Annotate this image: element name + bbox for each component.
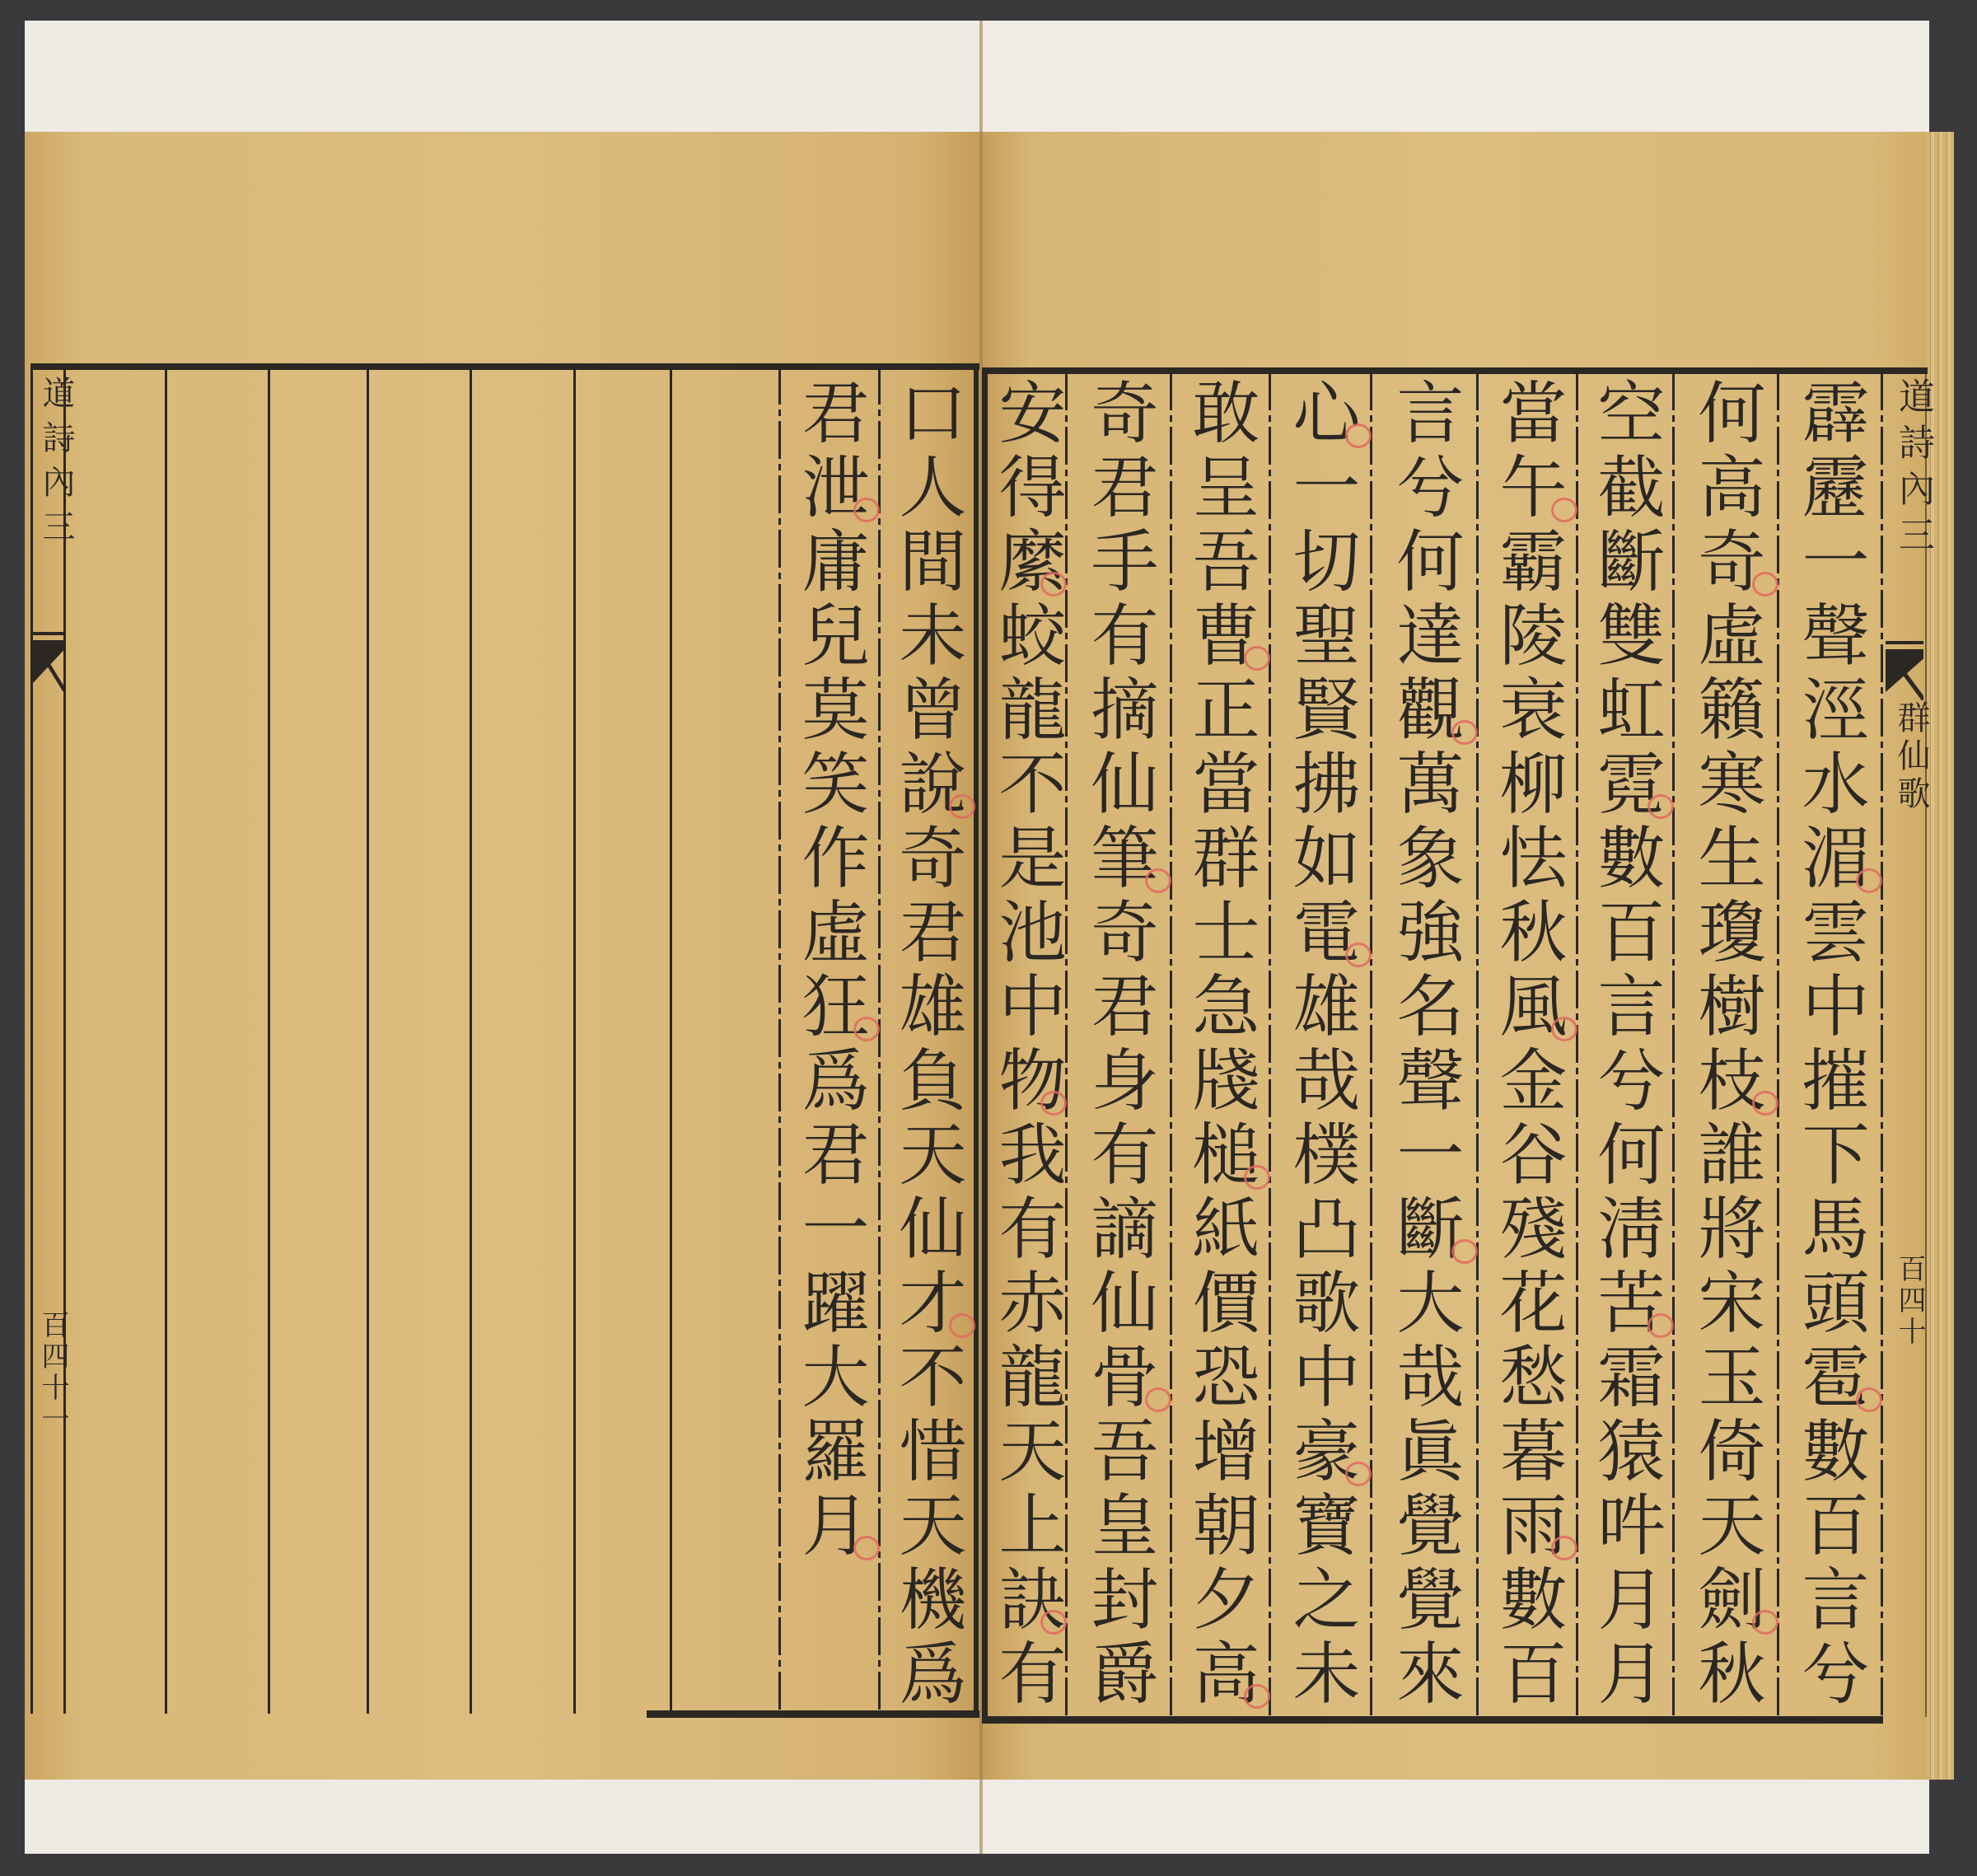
punctuation-circle-mark bbox=[853, 1017, 880, 1041]
punctuation-circle-mark bbox=[949, 1313, 975, 1338]
column-rule bbox=[670, 367, 672, 1714]
punctuation-circle-mark bbox=[1040, 572, 1067, 596]
punctuation-circle-mark bbox=[1551, 498, 1577, 522]
punctuation-circle-mark bbox=[1451, 1239, 1478, 1264]
right-margin-folio: 百四十 bbox=[1890, 1254, 1930, 1348]
left-margin-book-title: 道詩內三 bbox=[33, 376, 80, 554]
text-column: 霹靂一聲涇水湄雲中摧下馬頭雹數百言兮 bbox=[1779, 377, 1881, 1729]
punctuation-circle-mark bbox=[1752, 1091, 1778, 1116]
right-margin-outer-line bbox=[1925, 372, 1927, 1717]
punctuation-circle-mark bbox=[1244, 1684, 1270, 1709]
punctuation-circle-mark bbox=[853, 1536, 880, 1560]
left-page-inner-border bbox=[974, 367, 979, 1718]
punctuation-circle-mark bbox=[1145, 868, 1171, 893]
text-column: 口人間未曾說奇君雄負天仙才不惜天機爲 bbox=[881, 377, 974, 1729]
punctuation-circle-mark bbox=[1551, 1536, 1577, 1560]
punctuation-circle-mark bbox=[1752, 1610, 1778, 1635]
punctuation-circle-mark bbox=[1345, 1462, 1372, 1486]
punctuation-circle-mark bbox=[1040, 1610, 1067, 1635]
left-margin-folio: 百四十一 bbox=[33, 1310, 73, 1435]
punctuation-circle-mark bbox=[1040, 1091, 1067, 1116]
column-rule bbox=[268, 367, 270, 1714]
column-rule bbox=[573, 367, 576, 1714]
text-column: 空截斷雙虹霓數百言兮何淸苦霜猿吽月月 bbox=[1578, 377, 1672, 1729]
right-page-inner-border bbox=[982, 367, 988, 1724]
punctuation-circle-mark bbox=[1345, 423, 1372, 448]
punctuation-circle-mark bbox=[1856, 868, 1882, 893]
right-margin-book-title: 道詩內三 bbox=[1886, 377, 1939, 562]
column-rule bbox=[165, 367, 167, 1714]
punctuation-circle-mark bbox=[1244, 646, 1270, 671]
punctuation-circle-mark bbox=[1856, 1387, 1882, 1412]
text-column: 奇君手有摘仙筆奇君身有謫仙骨吾皇封爵 bbox=[1068, 377, 1170, 1729]
text-column: 君泄庸兒莫笑作虛狂爲君一躍大羅月 bbox=[781, 377, 878, 1729]
text-column: 言兮何達觀萬象強名聲一斷大哉眞覺覺來 bbox=[1372, 377, 1476, 1729]
right-fishtail-mark bbox=[1886, 641, 1923, 699]
punctuation-circle-mark bbox=[1551, 1017, 1577, 1041]
punctuation-circle-mark bbox=[853, 498, 880, 522]
punctuation-circle-mark bbox=[1647, 794, 1674, 819]
left-fishtail-mark bbox=[33, 632, 64, 695]
punctuation-circle-mark bbox=[1647, 1313, 1674, 1338]
punctuation-circle-mark bbox=[1345, 943, 1372, 967]
punctuation-circle-mark bbox=[949, 794, 975, 819]
right-page-top-border bbox=[982, 367, 1928, 374]
punctuation-circle-mark bbox=[1451, 720, 1478, 745]
punctuation-circle-mark bbox=[1145, 1387, 1171, 1412]
text-column: 心一切聖賢拂如電雄哉樸凸歌中豪寶之未 bbox=[1271, 377, 1370, 1729]
column-rule bbox=[470, 367, 472, 1714]
left-margin-inner-line bbox=[63, 367, 66, 1714]
left-page-top-border bbox=[30, 363, 979, 370]
punctuation-circle-mark bbox=[1752, 572, 1778, 596]
punctuation-circle-mark bbox=[1244, 1165, 1270, 1190]
text-column: 當午霸陵衰柳怯秋風金谷殘花愁暮雨數百 bbox=[1479, 377, 1576, 1729]
text-column: 敢呈吾曹正當群士急牋槌紙價恐增朝夕高 bbox=[1172, 377, 1269, 1729]
column-rule bbox=[367, 367, 369, 1714]
left-margin-outer-line bbox=[30, 367, 33, 1714]
margin-rule-dashed bbox=[1881, 372, 1883, 1717]
right-margin-section-title: 群仙歌 bbox=[1888, 700, 1935, 814]
